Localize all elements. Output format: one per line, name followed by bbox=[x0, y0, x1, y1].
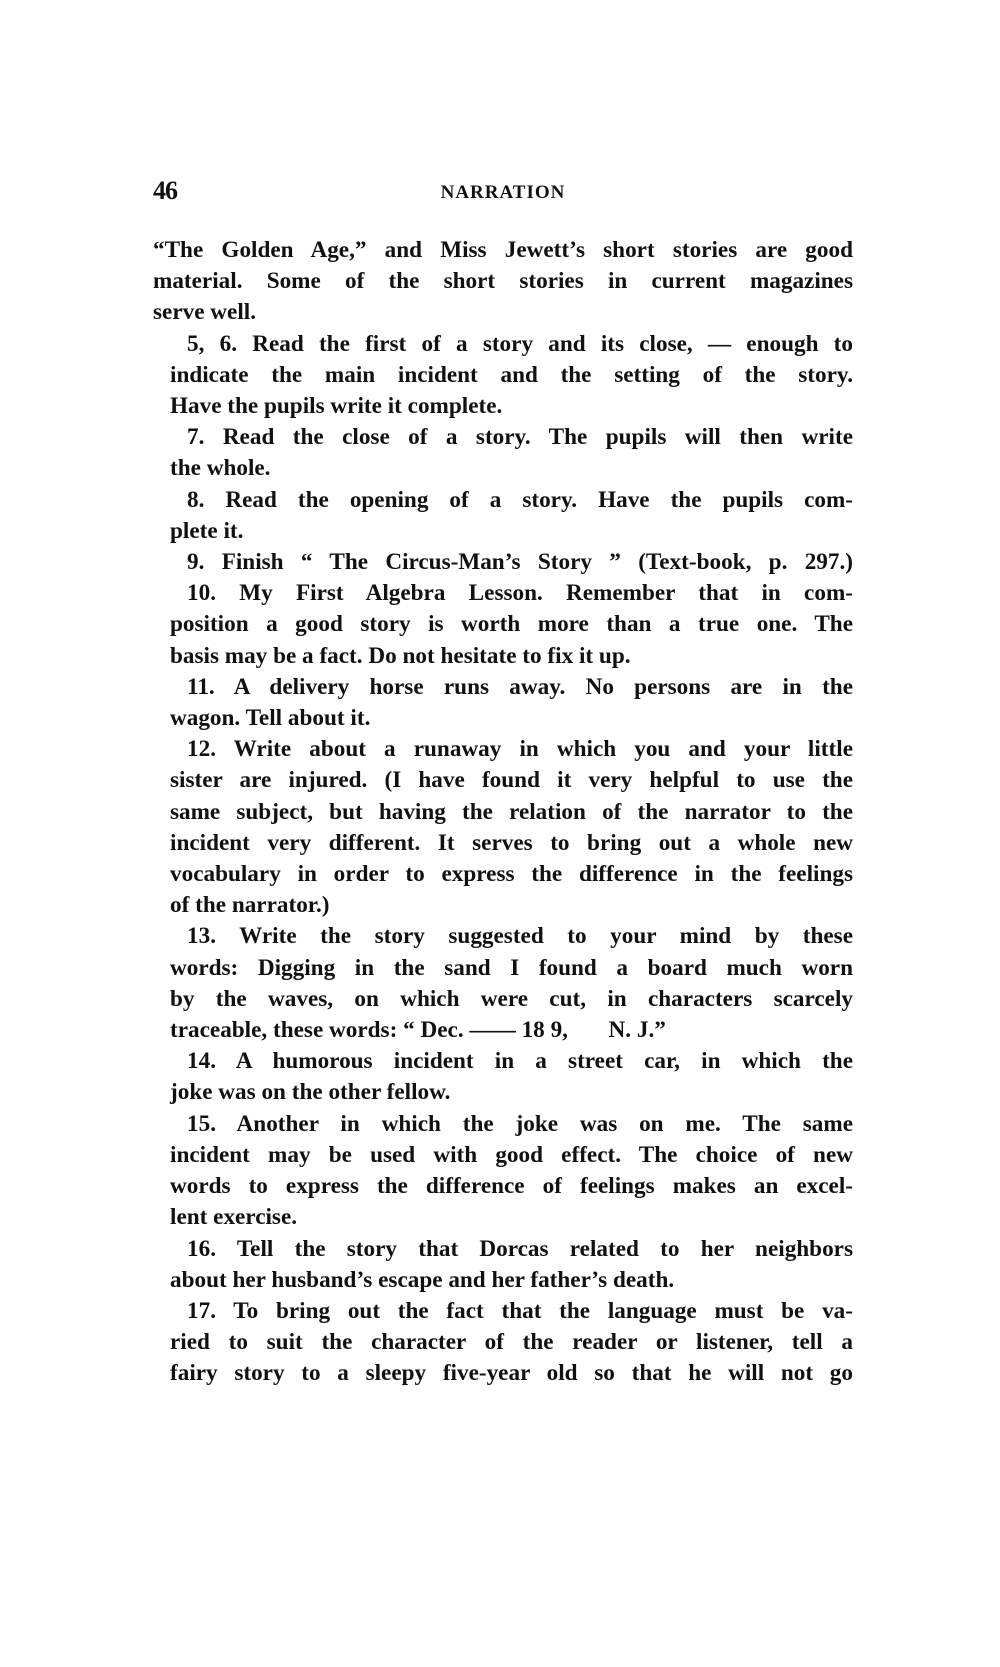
exercise-item-14: 14. A humorous incident in a street car,… bbox=[153, 1046, 853, 1108]
exercise-item-8: 8. Read the opening of a story. Have the… bbox=[153, 485, 853, 547]
text-line: position a good story is worth more than… bbox=[153, 609, 853, 640]
exercise-item-5-6: 5, 6. Read the first of a story and its … bbox=[153, 329, 853, 423]
text-line: 8. Read the opening of a story. Have the… bbox=[153, 485, 853, 516]
text-line: incident may be used with good effect. T… bbox=[153, 1140, 853, 1171]
text-line: 17. To bring out the fact that the langu… bbox=[153, 1296, 853, 1327]
exercise-item-17: 17. To bring out the fact that the langu… bbox=[153, 1296, 853, 1390]
text-line: 7. Read the close of a story. The pupils… bbox=[153, 422, 853, 453]
text-line: lent exercise. bbox=[153, 1202, 853, 1233]
text-line: same subject, but having the relation of… bbox=[153, 797, 853, 828]
text-line: Have the pupils write it complete. bbox=[153, 391, 853, 422]
exercise-item-12: 12. Write about a runaway in which you a… bbox=[153, 734, 853, 921]
text-line: 5, 6. Read the first of a story and its … bbox=[153, 329, 853, 360]
text-line: basis may be a fact. Do not hesitate to … bbox=[153, 641, 853, 672]
exercise-item-13: 13. Write the story suggested to your mi… bbox=[153, 921, 853, 1046]
text-line: material. Some of the short stories in c… bbox=[153, 266, 853, 297]
exercise-item-9: 9. Finish “ The Circus-Man’s Story ” (Te… bbox=[153, 547, 853, 578]
exercise-item-16: 16. Tell the story that Dorcas related t… bbox=[153, 1234, 853, 1296]
text-line: 13. Write the story suggested to your mi… bbox=[153, 921, 853, 952]
text-line: sister are injured. (I have found it ver… bbox=[153, 765, 853, 796]
paragraph-continuation: “The Golden Age,” and Miss Jewett’s shor… bbox=[153, 235, 853, 329]
text-line: joke was on the other fellow. bbox=[153, 1077, 853, 1108]
body-text: “The Golden Age,” and Miss Jewett’s shor… bbox=[153, 235, 853, 1390]
exercise-item-15: 15. Another in which the joke was on me.… bbox=[153, 1109, 853, 1234]
text-line: 10. My First Algebra Lesson. Remember th… bbox=[153, 578, 853, 609]
text-line: fairy story to a sleepy five-year old so… bbox=[153, 1358, 853, 1389]
text-line: 9. Finish “ The Circus-Man’s Story ” (Te… bbox=[153, 547, 853, 578]
text-line: ried to suit the character of the reader… bbox=[153, 1327, 853, 1358]
text-line: incident very different. It serves to br… bbox=[153, 828, 853, 859]
text-line: of the narrator.) bbox=[153, 890, 853, 921]
exercise-item-7: 7. Read the close of a story. The pupils… bbox=[153, 422, 853, 484]
text-line: 16. Tell the story that Dorcas related t… bbox=[153, 1234, 853, 1265]
running-head: 46 NARRATION bbox=[153, 176, 853, 216]
text-line: words to express the difference of feeli… bbox=[153, 1171, 853, 1202]
text-line: 15. Another in which the joke was on me.… bbox=[153, 1109, 853, 1140]
book-page: 46 NARRATION “The Golden Age,” and Miss … bbox=[153, 176, 853, 1390]
text-line: serve well. bbox=[153, 297, 853, 328]
text-line: by the waves, on which were cut, in char… bbox=[153, 984, 853, 1015]
exercise-item-11: 11. A delivery horse runs away. No perso… bbox=[153, 672, 853, 734]
text-line: plete it. bbox=[153, 516, 853, 547]
text-line: “The Golden Age,” and Miss Jewett’s shor… bbox=[153, 235, 853, 266]
text-line: 12. Write about a runaway in which you a… bbox=[153, 734, 853, 765]
text-line: wagon. Tell about it. bbox=[153, 703, 853, 734]
text-line: about her husband’s escape and her fathe… bbox=[153, 1265, 853, 1296]
text-line: 11. A delivery horse runs away. No perso… bbox=[153, 672, 853, 703]
text-line: words: Digging in the sand I found a boa… bbox=[153, 953, 853, 984]
text-line: the whole. bbox=[153, 453, 853, 484]
exercise-item-10: 10. My First Algebra Lesson. Remember th… bbox=[153, 578, 853, 672]
text-line: indicate the main incident and the setti… bbox=[153, 360, 853, 391]
text-line: vocabulary in order to express the diffe… bbox=[153, 859, 853, 890]
text-line: 14. A humorous incident in a street car,… bbox=[153, 1046, 853, 1077]
running-title: NARRATION bbox=[153, 182, 853, 204]
text-line: traceable, these words: “ Dec. —— 18 9, … bbox=[153, 1015, 853, 1046]
